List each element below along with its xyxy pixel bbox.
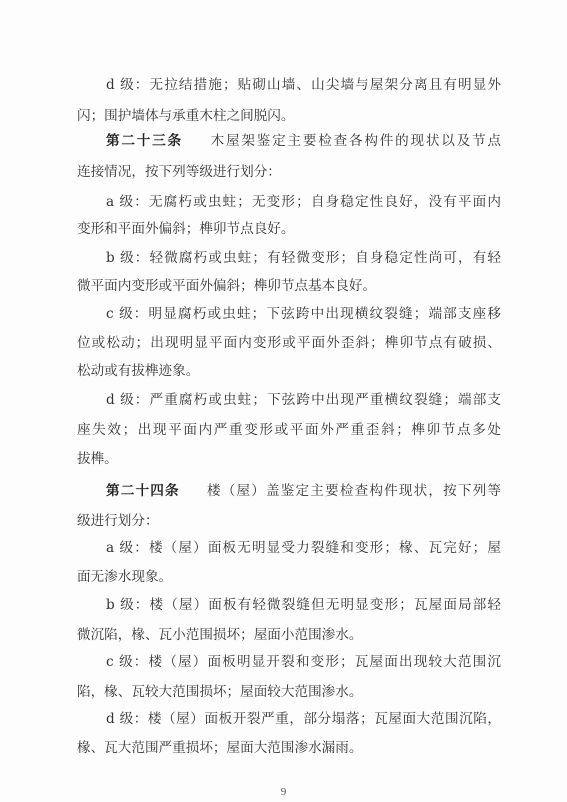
document-page: d 级：无拉结措施；贴砌山墙、山尖墙与屋架分离且有明显外 闪；围护墙体与承重木柱… <box>0 0 567 802</box>
paragraph-line: 椽、瓦大范围严重损坏；屋面大范围渗水漏雨。 <box>77 738 501 758</box>
paragraph-line: 微平面内变形或平面外偏斜；榫卯节点基本良好。 <box>77 276 501 296</box>
article-heading-line: 第二十四条楼（屋）盖鉴定主要检查构件现状，按下列等 <box>106 481 501 501</box>
paragraph-line: d 级：楼（屋）面板开裂严重，部分塌落；瓦屋面大范围沉陷， <box>106 709 501 729</box>
paragraph-line: 座失效；出现平面内严重变形或平面外严重歪斜；榫卯节点多处 <box>77 420 501 440</box>
article-label: 第二十四条 <box>106 483 180 499</box>
article-text: 楼（屋）盖鉴定主要检查构件现状，按下列等 <box>206 483 501 499</box>
paragraph-line: 位或松动；出现明显平面内变形或平面外歪斜；榫卯节点有破损、 <box>77 333 501 353</box>
paragraph-line: 面无渗水现象。 <box>77 567 501 587</box>
paragraph-line: 变形和平面外偏斜；榫卯节点良好。 <box>77 219 501 239</box>
paragraph-line: b 级：轻微腐朽或虫蛀；有轻微变形；自身稳定性尚可，有轻 <box>106 248 501 268</box>
paragraph-line: c 级：明显腐朽或虫蛀；下弦跨中出现横纹裂缝；端部支座移 <box>106 304 501 324</box>
paragraph-line: 闪；围护墙体与承重木柱之间脱闪。 <box>77 106 501 126</box>
paragraph-line: 连接情况，按下列等级进行划分： <box>77 162 501 182</box>
paragraph-line: 级进行划分： <box>77 511 501 531</box>
paragraph-line: 拔榫。 <box>77 449 501 469</box>
page-number: 9 <box>0 786 567 798</box>
paragraph-line: 陷，椽、瓦较大范围损坏；屋面较大范围渗水。 <box>77 682 501 702</box>
paragraph-line: c 级：楼（屋）面板明显开裂和变形；瓦屋面出现较大范围沉 <box>106 652 501 672</box>
paragraph-line: d 级：无拉结措施；贴砌山墙、山尖墙与屋架分离且有明显外 <box>106 75 501 95</box>
article-label: 第二十三条 <box>106 133 183 149</box>
paragraph-line: b 级：楼（屋）面板有轻微裂缝但无明显变形；瓦屋面局部轻 <box>106 595 501 615</box>
paragraph-line: 松动或有拔榫迹象。 <box>77 361 501 381</box>
article-heading-line: 第二十三条木屋架鉴定主要检查各构件的现状以及节点 <box>106 131 501 151</box>
paragraph-line: d 级：严重腐朽或虫蛀；下弦跨中出现严重横纹裂缝；端部支 <box>106 390 501 410</box>
paragraph-line: a 级：楼（屋）面板无明显受力裂缝和变形；椽、瓦完好；屋 <box>106 538 501 558</box>
paragraph-line: a 级：无腐朽或虫蛀；无变形；自身稳定性良好，没有平面内 <box>106 192 501 212</box>
paragraph-line: 微沉陷，椽、瓦小范围损坏；屋面小范围渗水。 <box>77 625 501 645</box>
article-text: 木屋架鉴定主要检查各构件的现状以及节点 <box>209 133 501 149</box>
